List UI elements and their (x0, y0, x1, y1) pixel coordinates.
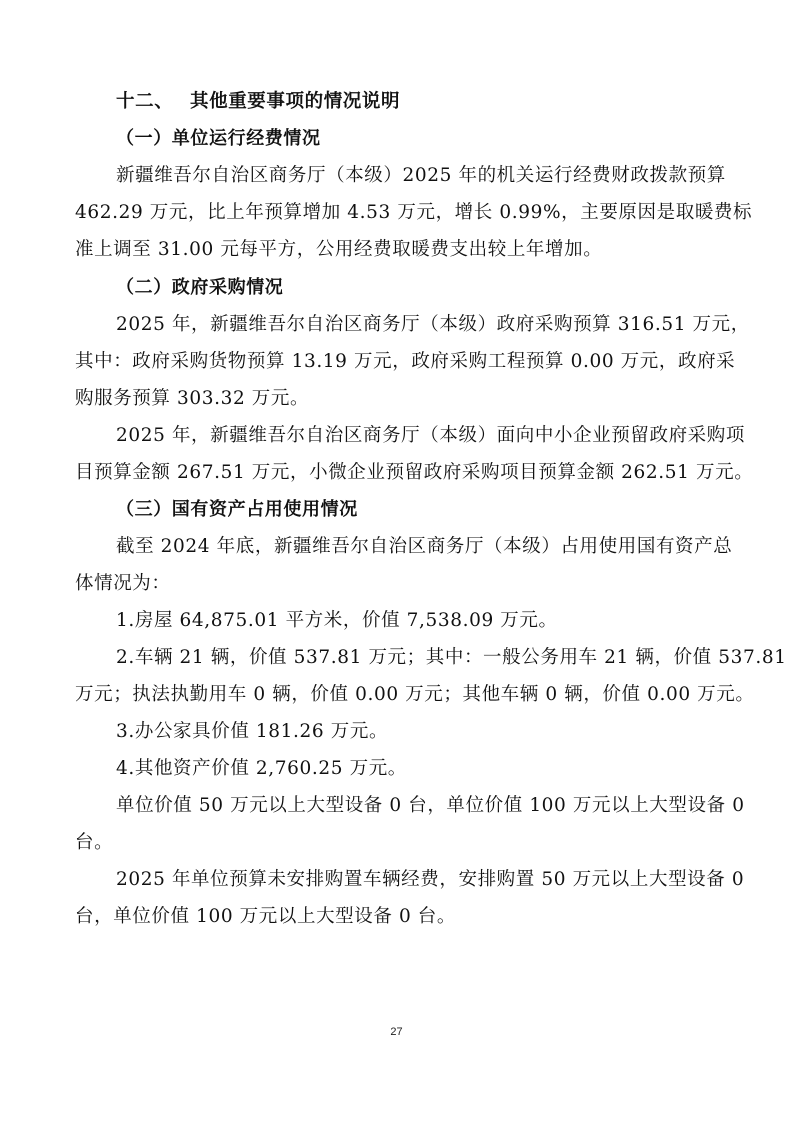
paragraph-line: 台，单位价值 100 万元以上大型设备 0 台。 (75, 905, 705, 929)
section-number: 十二、 (116, 90, 190, 114)
paragraph-line: 单位价值 50 万元以上大型设备 0 台，单位价值 100 万元以上大型设备 0 (116, 794, 746, 818)
paragraph-line: 其中：政府采购货物预算 13.19 万元，政府采购工程预算 0.00 万元，政府… (75, 350, 705, 374)
paragraph-line: 2025 年，新疆维吾尔自治区商务厅（本级）面向中小企业预留政府采购项 (116, 424, 746, 448)
paragraph-line: 准上调至 31.00 元每平方，公用经费取暖费支出较上年增加。 (75, 238, 705, 262)
paragraph-line: 1.房屋 64,875.01 平方米，价值 7,538.09 万元。 (116, 609, 746, 633)
paragraph-line: 2025 年，新疆维吾尔自治区商务厅（本级）政府采购预算 316.51 万元， (116, 313, 746, 337)
subsection-title-operating-expenses: （一）单位运行经费情况 (116, 127, 746, 151)
paragraph-line: 2.车辆 21 辆，价值 537.81 万元；其中：一般公务用车 21 辆，价值… (116, 646, 746, 670)
paragraph-line: 目预算金额 267.51 万元，小微企业预留政府采购项目预算金额 262.51 … (75, 461, 705, 485)
section-title: 其他重要事项的情况说明 (190, 91, 400, 112)
paragraph-line: 462.29 万元，比上年预算增加 4.53 万元，增长 0.99%，主要原因是… (75, 201, 705, 225)
document-page: 十二、其他重要事项的情况说明 （一）单位运行经费情况 新疆维吾尔自治区商务厅（本… (0, 0, 793, 1122)
paragraph-line: 4.其他资产价值 2,760.25 万元。 (116, 757, 746, 781)
section-heading: 十二、其他重要事项的情况说明 (116, 90, 746, 114)
paragraph-line: 3.办公家具价值 181.26 万元。 (116, 720, 746, 744)
subsection-title-procurement: （二）政府采购情况 (116, 276, 746, 300)
paragraph-line: 万元；执法执勤用车 0 辆，价值 0.00 万元；其他车辆 0 辆，价值 0.0… (75, 683, 705, 707)
paragraph-line: 2025 年单位预算未安排购置车辆经费，安排购置 50 万元以上大型设备 0 (116, 868, 746, 892)
subsection-title-state-assets: （三）国有资产占用使用情况 (116, 498, 746, 522)
paragraph-line: 体情况为： (75, 572, 705, 596)
page-number: 27 (0, 1026, 793, 1038)
paragraph-line: 新疆维吾尔自治区商务厅（本级）2025 年的机关运行经费财政拨款预算 (116, 164, 746, 188)
paragraph-line: 台。 (75, 831, 705, 855)
paragraph-line: 购服务预算 303.32 万元。 (75, 387, 705, 411)
paragraph-line: 截至 2024 年底，新疆维吾尔自治区商务厅（本级）占用使用国有资产总 (116, 535, 746, 559)
